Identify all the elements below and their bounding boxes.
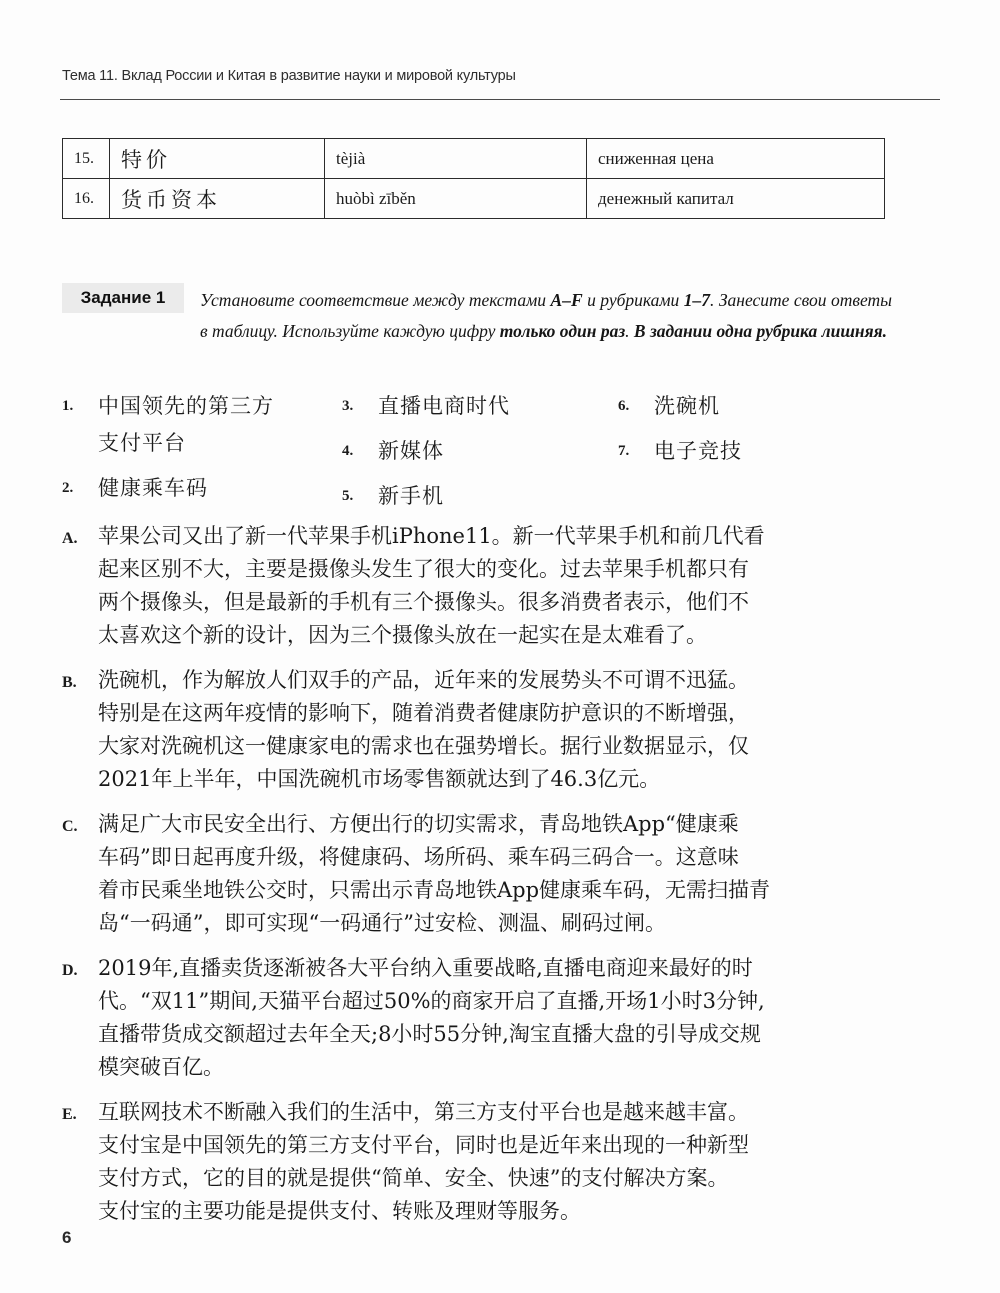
text-block-a: A. 苹果公司又出了新一代苹果手机iPhone11。新一代苹果手机和前几代看 起… [62, 520, 922, 652]
text-passages: A. 苹果公司又出了新一代苹果手机iPhone11。新一代苹果手机和前几代看 起… [62, 520, 922, 1240]
text-line: 支付宝的主要功能是提供支付、转账及理财等服务。 [98, 1195, 922, 1228]
pinyin-cell: tèjià [325, 139, 587, 179]
rubric-column: 1. 中国领先的第三方 支付平台 2. 健康乘车码 [62, 388, 332, 515]
rubric-item-4: 4. 新媒体 [342, 433, 602, 470]
rubric-label: 中国领先的第三方 支付平台 [98, 388, 274, 462]
text-line: 支付宝是中国领先的第三方支付平台，同时也是近年来出现的一种新型 [98, 1129, 922, 1162]
instruction-text-bold: только один раз [500, 321, 625, 341]
task-instruction: Установите соответствие между текстами А… [200, 285, 892, 346]
text-line: 2021年上半年，中国洗碗机市场零售额就达到了46.3亿元。 [98, 763, 922, 796]
translation-cell: денежный капитал [587, 179, 885, 219]
rubric-label: 洗碗机 [654, 388, 720, 425]
text-line: 直播带货成交额超过去年全天;8小时55分钟,淘宝直播大盘的引导成交规 [98, 1018, 922, 1051]
rubric-label: 电子竞技 [654, 433, 742, 470]
rubric-line: 支付平台 [98, 425, 274, 462]
text-line: 着市民乘坐地铁公交时，只需出示青岛地铁App健康乘车码，无需扫描青 [98, 874, 922, 907]
rubric-item-1: 1. 中国领先的第三方 支付平台 [62, 388, 332, 462]
text-label: C. [62, 810, 78, 843]
text-line: 岛“一码通”，即可实现“一码通行”过安检、测温、刷码过闸。 [98, 907, 922, 940]
rubric-column: 3. 直播电商时代 4. 新媒体 5. 新手机 [342, 388, 602, 523]
text-block-b: B. 洗碗机，作为解放人们双手的产品，近年来的发展势头不可谓不迅猛。 特别是在这… [62, 664, 922, 796]
text-block-c: C. 满足广大市民安全出行、方便出行的切实需求，青岛地铁App“健康乘 车码”即… [62, 808, 922, 940]
header-divider [60, 99, 940, 100]
vocab-table: 15. 特价 tèjià сниженная цена 16. 货币资本 huò… [62, 138, 885, 219]
task-label: Задание 1 [62, 283, 184, 313]
hanzi-cell: 货币资本 [110, 179, 325, 219]
hanzi-cell: 特价 [110, 139, 325, 179]
text-label: D. [62, 954, 78, 987]
instruction-text: и рубриками [583, 290, 684, 310]
rubric-item-3: 3. 直播电商时代 [342, 388, 602, 425]
instruction-text-bold: 1–7 [684, 290, 710, 310]
text-body: 洗碗机，作为解放人们双手的产品，近年来的发展势头不可谓不迅猛。 特别是在这两年疫… [98, 664, 922, 796]
row-number: 15. [63, 139, 110, 179]
instruction-text: . [625, 321, 634, 341]
text-label: A. [62, 522, 78, 555]
table-row: 15. 特价 tèjià сниженная цена [63, 139, 885, 179]
text-block-e: E. 互联网技术不断融入我们的生活中，第三方支付平台也是越来越丰富。 支付宝是中… [62, 1096, 922, 1228]
text-label: E. [62, 1098, 77, 1131]
rubric-number: 7. [618, 433, 654, 470]
textbook-page: Тема 11. Вклад России и Китая в развитие… [0, 0, 1000, 1293]
rubric-label: 新手机 [378, 478, 444, 515]
rubric-label: 新媒体 [378, 433, 444, 470]
rubric-item-5: 5. 新手机 [342, 478, 602, 515]
text-line: 洗碗机，作为解放人们双手的产品，近年来的发展势头不可谓不迅猛。 [98, 664, 922, 697]
page-number: 6 [62, 1228, 71, 1248]
translation-cell: сниженная цена [587, 139, 885, 179]
rubric-column: 6. 洗碗机 7. 电子竞技 [618, 388, 878, 478]
text-line: 互联网技术不断融入我们的生活中，第三方支付平台也是越来越丰富。 [98, 1096, 922, 1129]
text-line: 2019年,直播卖货逐渐被各大平台纳入重要战略,直播电商迎来最好的时 [98, 952, 922, 985]
text-line: 代。“双11”期间,天猫平台超过50%的商家开启了直播,开场1小时3分钟, [98, 985, 922, 1018]
rubric-number: 5. [342, 478, 378, 515]
text-line: 大家对洗碗机这一健康家电的需求也在强势增长。据行业数据显示，仅 [98, 730, 922, 763]
rubric-number: 6. [618, 388, 654, 425]
text-body: 满足广大市民安全出行、方便出行的切实需求，青岛地铁App“健康乘 车码”即日起再… [98, 808, 922, 940]
rubric-label: 直播电商时代 [378, 388, 510, 425]
rubric-number: 1. [62, 388, 98, 462]
instruction-text-bold: А–F [551, 290, 583, 310]
rubric-line: 中国领先的第三方 [98, 388, 274, 425]
table-row: 16. 货币资本 huòbì zīběn денежный капитал [63, 179, 885, 219]
text-line: 支付方式，它的目的就是提供“简单、安全、快速”的支付解决方案。 [98, 1162, 922, 1195]
text-body: 2019年,直播卖货逐渐被各大平台纳入重要战略,直播电商迎来最好的时 代。“双1… [98, 952, 922, 1084]
text-block-d: D. 2019年,直播卖货逐渐被各大平台纳入重要战略,直播电商迎来最好的时 代。… [62, 952, 922, 1084]
text-line: 车码”即日起再度升级，将健康码、场所码、乘车码三码合一。这意味 [98, 841, 922, 874]
text-line: 两个摄像头，但是最新的手机有三个摄像头。很多消费者表示，他们不 [98, 586, 922, 619]
chapter-title: Тема 11. Вклад России и Китая в развитие… [62, 68, 516, 84]
text-body: 苹果公司又出了新一代苹果手机iPhone11。新一代苹果手机和前几代看 起来区别… [98, 520, 922, 652]
instruction-text: Установите соответствие между текстами [200, 290, 551, 310]
text-line: 模突破百亿。 [98, 1051, 922, 1084]
pinyin-cell: huòbì zīběn [325, 179, 587, 219]
rubric-number: 4. [342, 433, 378, 470]
instruction-text-bold: В задании одна рубрика лишняя. [634, 321, 887, 341]
rubric-item-6: 6. 洗碗机 [618, 388, 878, 425]
text-label: B. [62, 666, 77, 699]
text-body: 互联网技术不断融入我们的生活中，第三方支付平台也是越来越丰富。 支付宝是中国领先… [98, 1096, 922, 1228]
text-line: 苹果公司又出了新一代苹果手机iPhone11。新一代苹果手机和前几代看 [98, 520, 922, 553]
text-line: 满足广大市民安全出行、方便出行的切实需求，青岛地铁App“健康乘 [98, 808, 922, 841]
rubric-number: 2. [62, 470, 98, 507]
rubric-item-7: 7. 电子竞技 [618, 433, 878, 470]
rubric-label: 健康乘车码 [98, 470, 208, 507]
text-line: 起来区别不大，主要是摄像头发生了很大的变化。过去苹果手机都只有 [98, 553, 922, 586]
row-number: 16. [63, 179, 110, 219]
rubric-item-2: 2. 健康乘车码 [62, 470, 332, 507]
text-line: 太喜欢这个新的设计，因为三个摄像头放在一起实在是太难看了。 [98, 619, 922, 652]
rubric-number: 3. [342, 388, 378, 425]
text-line: 特别是在这两年疫情的影响下，随着消费者健康防护意识的不断增强， [98, 697, 922, 730]
